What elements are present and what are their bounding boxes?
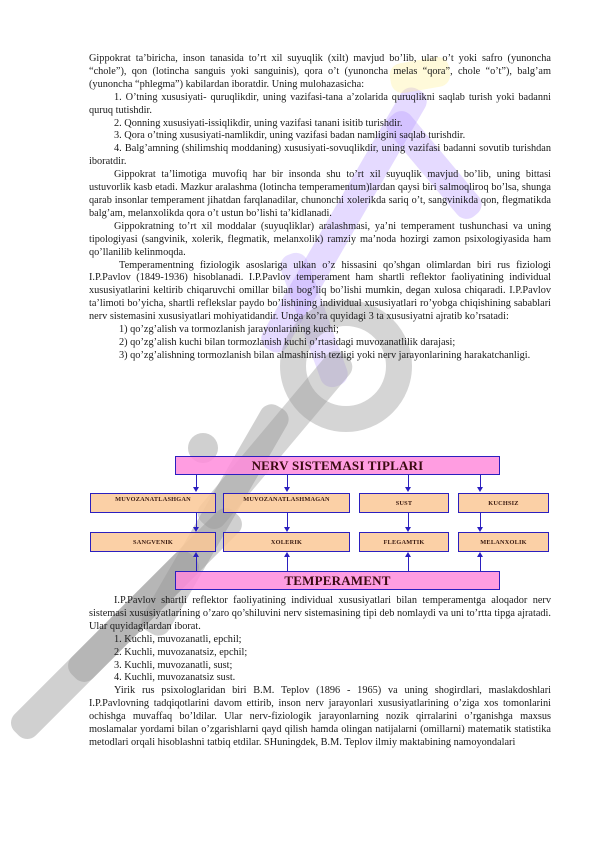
paragraph: I.P.Pavlov shartli reflektor faoliyatini… [89, 595, 551, 634]
diagram-title-nerve-types: NERV SISTEMASI TIPLARI [175, 456, 500, 475]
nerve-type-unbalanced: MUVOZANATLASHMAGAN [223, 493, 350, 513]
connector-line [408, 513, 409, 527]
diagram-title-temperament: TEMPERAMENT [175, 571, 500, 590]
nerve-type-balanced: MUVOZANATLASHGAN [90, 493, 216, 513]
arrow-down-icon [477, 487, 483, 492]
list-item: 4. Kuchli, muvozanatsiz sust. [89, 672, 551, 685]
connector-line [408, 557, 409, 571]
arrow-down-icon [405, 487, 411, 492]
text-block-bottom: I.P.Pavlov shartli reflektor faoliyatini… [89, 595, 551, 750]
connector-line [287, 513, 288, 527]
connector-line [196, 557, 197, 571]
connector-line [480, 557, 481, 571]
arrow-down-icon [193, 487, 199, 492]
connector-line [196, 513, 197, 527]
temperament-phlegmatic: FLEGAMTIK [359, 532, 449, 552]
temperament-melancholic: MELANXOLIK [458, 532, 549, 552]
temperament-choleric: XOLERIK [223, 532, 350, 552]
temperament-sanguine: SANGVENIK [90, 532, 216, 552]
nerve-type-weak: KUCHSIZ [458, 493, 549, 513]
list-item: 3. Kuchli, muvozanatli, sust; [89, 660, 551, 673]
paragraph: Yirik rus psixologlaridan biri B.M. Tepl… [89, 685, 551, 750]
connector-line [287, 557, 288, 571]
list-item: 1. Kuchli, muvozanatli, epchil; [89, 634, 551, 647]
connector-line [480, 513, 481, 527]
list-item: 2. Kuchli, muvozanatsiz, epchil; [89, 647, 551, 660]
arrow-down-icon [284, 487, 290, 492]
document-page: Gippokrat ta’biricha, inson tanasida to’… [0, 0, 596, 842]
nerve-type-slow: SUST [359, 493, 449, 513]
